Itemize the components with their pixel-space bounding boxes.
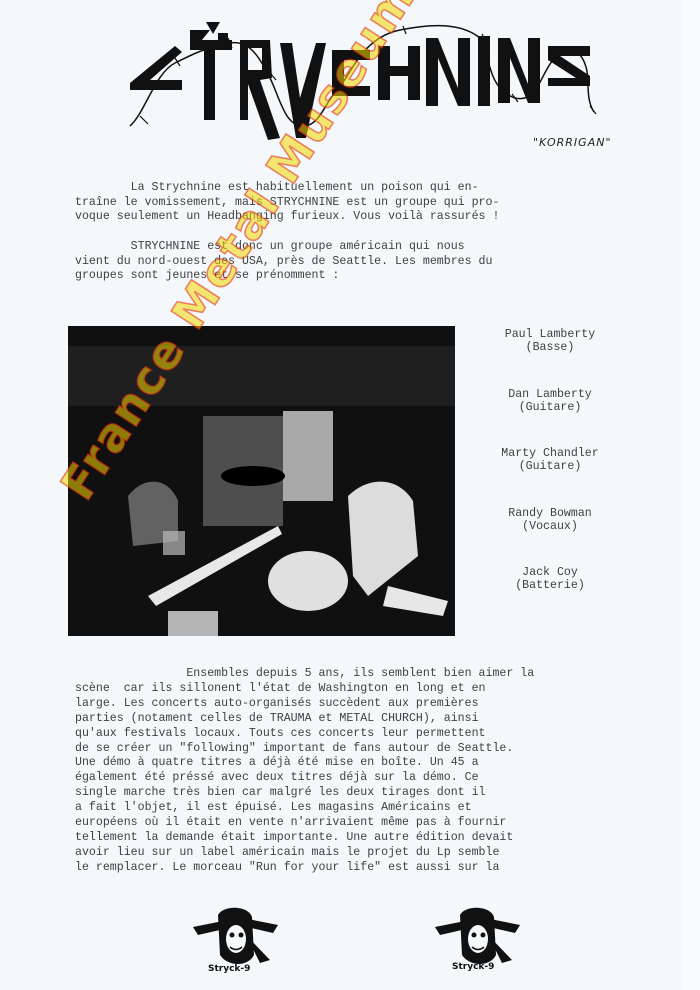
member-item: Paul Lamberty (Basse) xyxy=(470,328,630,388)
band-photo xyxy=(68,326,455,636)
member-item: Marty Chandler (Guitare) xyxy=(470,447,630,507)
member-item: Jack Coy (Batterie) xyxy=(470,566,630,626)
member-role: (Batterie) xyxy=(470,579,630,592)
member-role: (Guitare) xyxy=(470,460,630,473)
member-name: Randy Bowman xyxy=(470,507,630,520)
member-list: Paul Lamberty (Basse) Dan Lamberty (Guit… xyxy=(470,328,630,626)
member-role: (Basse) xyxy=(470,341,630,354)
member-role: (Vocaux) xyxy=(470,520,630,533)
strychnine-logo xyxy=(120,8,600,143)
member-item: Dan Lamberty (Guitare) xyxy=(470,388,630,448)
member-role: (Guitare) xyxy=(470,401,630,414)
member-name: Jack Coy xyxy=(470,566,630,579)
author-credit: "KORRIGAN" xyxy=(533,136,612,149)
member-name: Dan Lamberty xyxy=(470,388,630,401)
page-edge xyxy=(682,0,700,990)
band-photo-image-icon xyxy=(68,326,455,636)
barbed-wire-logo-icon xyxy=(120,8,600,143)
mascot-caption: Stryck-9 xyxy=(208,964,250,974)
member-item: Randy Bowman (Vocaux) xyxy=(470,507,630,567)
intro-paragraph-2: STRYCHNINE est donc un groupe américain … xyxy=(75,240,655,284)
mascot-caption: Stryck-9 xyxy=(452,962,494,972)
member-name: Paul Lamberty xyxy=(470,328,630,341)
intro-paragraph-1: La Strychnine est habituellement un pois… xyxy=(75,181,655,225)
body-paragraph: Ensembles depuis 5 ans, ils semblent bie… xyxy=(75,667,655,876)
member-name: Marty Chandler xyxy=(470,447,630,460)
